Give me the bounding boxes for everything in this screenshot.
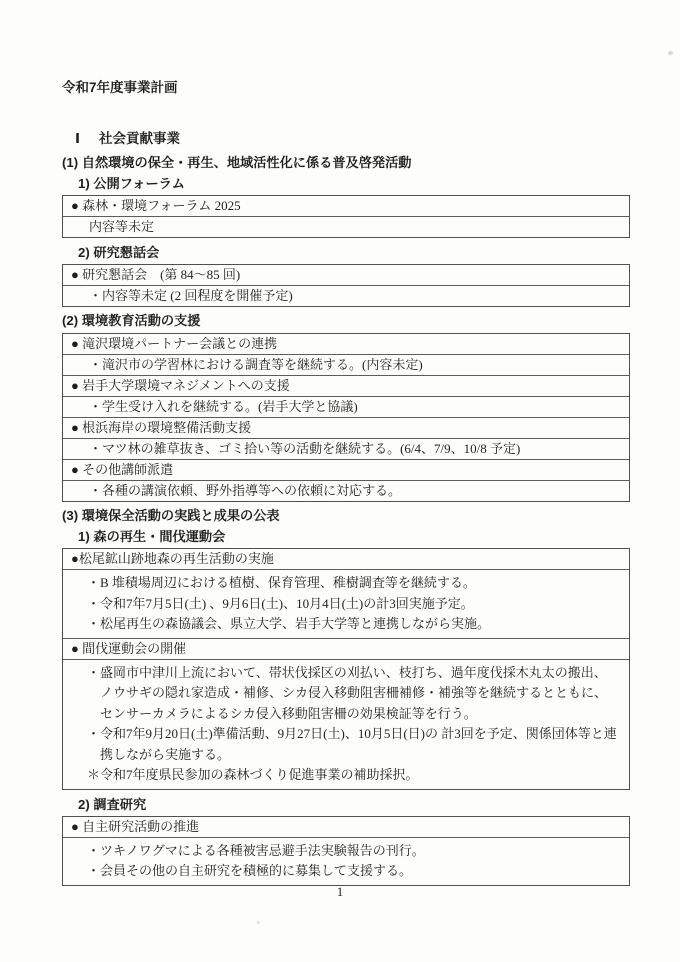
item-heading-public-forum: 1) 公開フォーラム <box>78 175 640 192</box>
subsection-heading-environmental-education: (2) 環境教育活動の支援 <box>62 312 640 329</box>
bullet-line: ・会員その他の自主研究を積極的に募集して支援する。 <box>100 861 619 882</box>
box-header-row: ● 根浜海岸の環境整備活動支援 <box>63 417 629 438</box>
section-heading-social-contribution: Ⅰ社会貢献事業 <box>75 131 640 147</box>
bullet-line: ・松尾再生の森協議会、県立大学、岩手大学等と連携しながら実施。 <box>100 614 619 635</box>
item-heading-survey-research: 2) 調査研究 <box>78 796 640 813</box>
bullet-paragraph: ・令和7年9月20日(土)準備活動、9月27日(土)、10月5日(日)の 計3回… <box>100 724 619 765</box>
scanned-document-page: 令和7年度事業計画 Ⅰ社会貢献事業 (1) 自然環境の保全・再生、地域活性化に係… <box>0 0 680 962</box>
note-line: ＊令和7年度県民参加の森林づくり促進事業の補助採択。 <box>100 765 619 786</box>
table-environmental-education: ● 滝沢環境パートナー会議との連携 ・滝沢市の学習林における調査等を継続する。(… <box>62 333 630 502</box>
box-header-row: ● 自主研究活動の推進 <box>63 817 629 837</box>
document-content: 令和7年度事業計画 Ⅰ社会貢献事業 (1) 自然環境の保全・再生、地域活性化に係… <box>0 0 680 886</box>
document-title: 令和7年度事業計画 <box>62 80 640 96</box>
box-body-row: ・各種の講演依頼、野外指導等への依頼に対応する。 <box>63 480 629 501</box>
bullet-line: ・ツキノワグマによる各種被害忌避手法実験報告の刊行。 <box>100 841 619 862</box>
table-public-forum: ● 森林・環境フォーラム 2025 内容等未定 <box>62 195 630 238</box>
table-forest-regeneration: ●松尾鉱山跡地森の再生活動の実施 ・B 堆積場周辺における植樹、保育管理、稚樹調… <box>62 548 630 790</box>
page-number: 1 <box>0 884 680 900</box>
bullet-line: ・B 堆積場周辺における植樹、保育管理、稚樹調査等を継続する。 <box>100 573 619 594</box>
box-cell: ・盛岡市中津川上流において、帯状伐採区の刈払い、枝打ち、過年度伐採木丸太の搬出、… <box>63 659 629 789</box>
section-numeral: Ⅰ <box>75 131 80 146</box>
box-body-row: 内容等未定 <box>63 216 629 237</box>
item-heading-research-meeting: 2) 研究懇話会 <box>78 244 640 261</box>
box-cell: ・ツキノワグマによる各種被害忌避手法実験報告の刊行。 ・会員その他の自主研究を積… <box>63 837 629 885</box>
box-header-row: ● 岩手大学環境マネジメントへの支援 <box>63 375 629 396</box>
box-body-row: ・学生受け入れを継続する。(岩手大学と協議) <box>63 396 629 417</box>
box-header-row: ●松尾鉱山跡地森の再生活動の実施 <box>63 549 629 569</box>
box-header-row: ● 滝沢環境パートナー会議との連携 <box>63 334 629 354</box>
bullet-paragraph: ・盛岡市中津川上流において、帯状伐採区の刈払い、枝打ち、過年度伐採木丸太の搬出、… <box>100 663 619 725</box>
scan-speck <box>257 921 260 924</box>
table-research-meeting: ● 研究懇話会 (第 84～85 回) ・内容等未定 (2 回程度を開催予定) <box>62 264 630 307</box>
box-header-row: ● その他講師派遣 <box>63 459 629 480</box>
item-heading-forest-regeneration: 1) 森の再生・間伐運動会 <box>78 528 640 545</box>
bullet-line: ・令和7年7月5日(土) 、9月6日(土)、10月4日(土)の計3回実施予定。 <box>100 594 619 615</box>
box-cell: ・B 堆積場周辺における植樹、保育管理、稚樹調査等を継続する。 ・令和7年7月5… <box>63 569 629 638</box>
box-header-row: ● 森林・環境フォーラム 2025 <box>63 196 629 216</box>
subsection-heading-awareness-activities: (1) 自然環境の保全・再生、地域活性化に係る普及啓発活動 <box>62 154 640 171</box>
box-body-row: ・内容等未定 (2 回程度を開催予定) <box>63 285 629 306</box>
box-body-row: ・滝沢市の学習林における調査等を継続する。(内容未定) <box>63 354 629 375</box>
table-survey-research: ● 自主研究活動の推進 ・ツキノワグマによる各種被害忌避手法実験報告の刊行。 ・… <box>62 816 630 886</box>
scan-speck <box>668 51 673 55</box>
box-body-row: ・マツ林の雑草抜き、ゴミ拾い等の活動を継続する。(6/4、7/9、10/8 予定… <box>63 438 629 459</box>
box-header-row: ● 間伐運動会の開催 <box>63 638 629 659</box>
section-label: 社会貢献事業 <box>99 131 180 146</box>
subsection-heading-conservation-practice: (3) 環境保全活動の実践と成果の公表 <box>62 507 640 524</box>
box-header-row: ● 研究懇話会 (第 84～85 回) <box>63 265 629 285</box>
